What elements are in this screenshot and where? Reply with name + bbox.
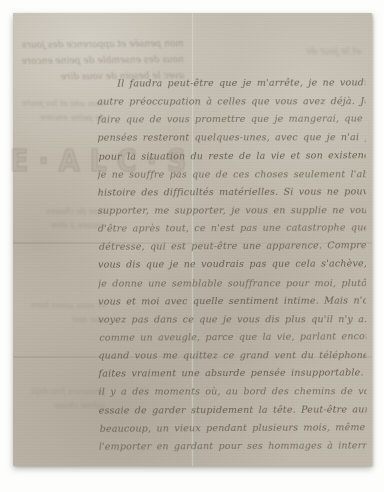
handwritten-text: Il faudra peut-être que je m'arrête, je … (97, 74, 367, 459)
verso-bleedthrough-snippet: mon ami et les jours de peine encore (19, 97, 105, 144)
handwriting-line: pensées resteront quelques-unes, avec qu… (97, 130, 365, 149)
handwriting-line: autre préoccupation à celles que vous av… (97, 93, 365, 112)
handwriting-line: histoire des difficultés matérielles. Si… (98, 183, 366, 202)
handwriting-line: Il faudra peut-être que je m'arrête, je … (97, 74, 365, 93)
verso-bleedthrough-snippet: tant de choses encore à dire (19, 205, 105, 246)
handwriting-line: l'emporter en gardant pour ses hommages … (99, 437, 367, 456)
handwriting-line: essaie de garder stupidement la tête. Pe… (99, 401, 367, 420)
handwriting-line: il y a des moments où, au bord des chemi… (99, 384, 367, 403)
verso-bleedthrough-line: mon pensée et apparence des jours (19, 36, 184, 54)
handwriting-line: beaucoup, un vieux pendant plusieurs moi… (100, 419, 367, 439)
verso-bleedthrough-snippet: et le jour de (241, 45, 361, 60)
handwriting-line: faites vraiment une absurde pensée insup… (98, 365, 366, 384)
handwriting-line: d'être après tout, ce n'est pas une cata… (98, 220, 366, 239)
handwriting-line: vous et moi avec quelle sentiment intime… (98, 292, 366, 311)
handwriting-line: faire que de vous promettre que je mange… (97, 111, 365, 130)
photo-background: E·ALC·S mon pensée et apparence des jour… (0, 0, 384, 492)
verso-bleedthrough-line: nous des ensemble de peine encore (19, 52, 184, 70)
verso-bleedthrough-snippet: plusieurs fois déjà même chose (19, 385, 105, 430)
letter-paper: E·ALC·S mon pensée et apparence des jour… (13, 13, 372, 466)
handwriting-line: détresse, qui est peut-être une apparenc… (99, 237, 367, 257)
handwriting-line: vous dis que je ne voudrais pas que cela… (98, 256, 366, 275)
handwriting-line: pour la situation du reste de la vie et … (98, 147, 366, 167)
verso-bleedthrough-snippet: et vous savez bien que moi (19, 299, 105, 336)
handwriting-line: je ne souffre pas que de ces choses seul… (98, 166, 366, 185)
handwriting-line: supporter, me supporter, je vous en supp… (98, 202, 366, 221)
handwriting-line: je donne une semblable souffrance pour m… (98, 275, 366, 294)
handwriting-line: voyez pas dans ce que je vous dis plus q… (98, 311, 366, 330)
handwriting-line: comme un aveugle, parce que la vie, parl… (99, 328, 367, 348)
handwriting-line: quand vous me quittez ce grand vent du t… (98, 347, 366, 366)
